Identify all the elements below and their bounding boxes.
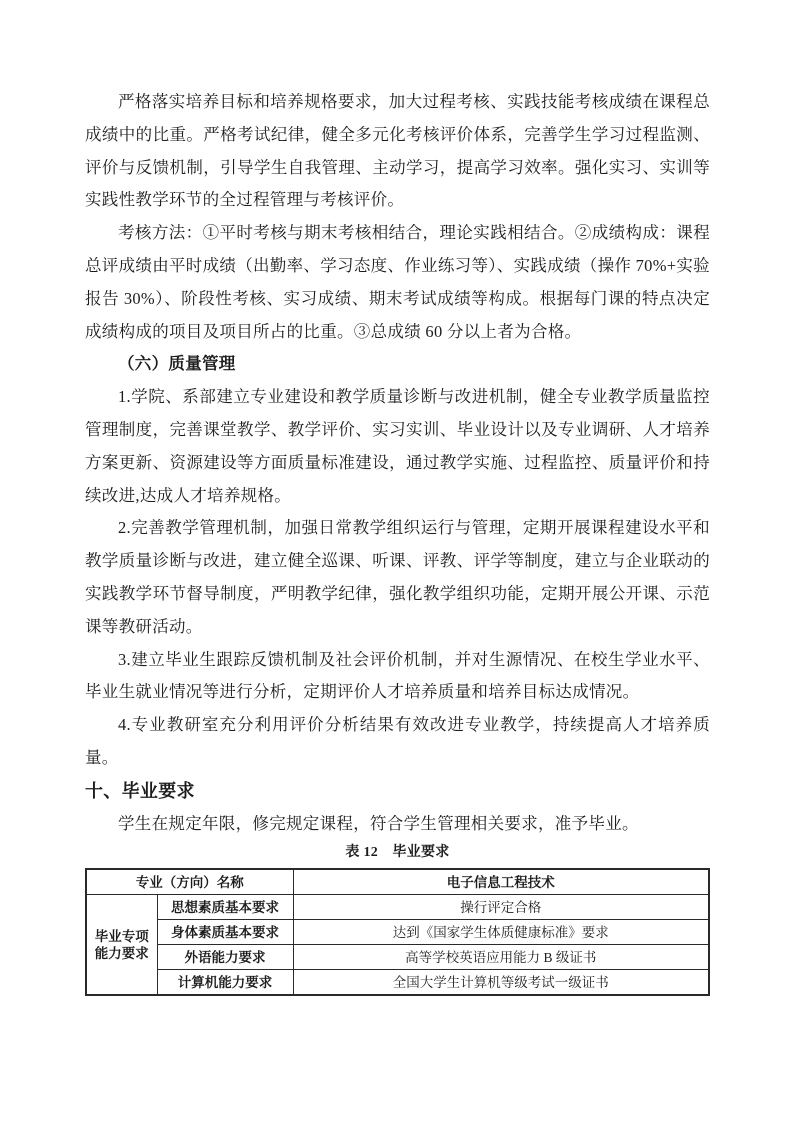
table-row-group-label: 毕业专项能力要求 <box>86 895 157 996</box>
paragraph-quality-item-1: 1.学院、系部建立专业建设和教学质量诊断与改进机制，健全专业教学质量监控管理制度… <box>85 381 710 512</box>
table-cell-requirement-value: 达到《国家学生体质健康标准》要求 <box>293 920 709 945</box>
paragraph-assessment-overview: 严格落实培养目标和培养规格要求，加大过程考核、实践技能考核成绩在课程总成绩中的比… <box>85 86 710 217</box>
table-header-major-name-label: 专业（方向）名称 <box>86 869 293 895</box>
table-row: 计算机能力要求 全国大学生计算机等级考试一级证书 <box>86 970 709 996</box>
paragraph-quality-item-3: 3.建立毕业生跟踪反馈机制及社会评价机制，并对生源情况、在校生学业水平、毕业生就… <box>85 644 710 710</box>
paragraph-quality-item-4: 4.专业教研室充分利用评价分析结果有效改进专业教学，持续提高人才培养质量。 <box>85 709 710 775</box>
table-row: 毕业专项能力要求 思想素质基本要求 操行评定合格 <box>86 895 709 920</box>
section-heading-quality-management: （六）质量管理 <box>85 348 710 381</box>
paragraph-quality-item-2: 2.完善教学管理机制，加强日常教学组织运行与管理，定期开展课程建设水平和教学质量… <box>85 512 710 643</box>
paragraph-assessment-method: 考核方法：①平时考核与期末考核相结合，理论实践相结合。②成绩构成：课程总评成绩由… <box>85 217 710 348</box>
graduation-requirements-table: 专业（方向）名称 电子信息工程技术 毕业专项能力要求 思想素质基本要求 操行评定… <box>85 868 710 996</box>
document-page: 严格落实培养目标和培养规格要求，加大过程考核、实践技能考核成绩在课程总成绩中的比… <box>0 0 793 1122</box>
table-cell-requirement-label: 外语能力要求 <box>157 945 293 970</box>
table-cell-requirement-value: 全国大学生计算机等级考试一级证书 <box>293 970 709 996</box>
table-header-major-name-value: 电子信息工程技术 <box>293 869 709 895</box>
chapter-heading-graduation-requirements: 十、毕业要求 <box>85 775 710 808</box>
paragraph-graduation-statement: 学生在规定年限，修完规定课程，符合学生管理相关要求，准予毕业。 <box>85 808 710 841</box>
table-cell-requirement-value: 高等学校英语应用能力 B 级证书 <box>293 945 709 970</box>
table-row: 身体素质基本要求 达到《国家学生体质健康标准》要求 <box>86 920 709 945</box>
table-cell-requirement-label: 计算机能力要求 <box>157 970 293 996</box>
table-caption: 表 12 毕业要求 <box>85 842 710 864</box>
table-row: 专业（方向）名称 电子信息工程技术 <box>86 869 709 895</box>
table-cell-requirement-label: 身体素质基本要求 <box>157 920 293 945</box>
table-cell-requirement-value: 操行评定合格 <box>293 895 709 920</box>
table-row: 外语能力要求 高等学校英语应用能力 B 级证书 <box>86 945 709 970</box>
table-cell-requirement-label: 思想素质基本要求 <box>157 895 293 920</box>
